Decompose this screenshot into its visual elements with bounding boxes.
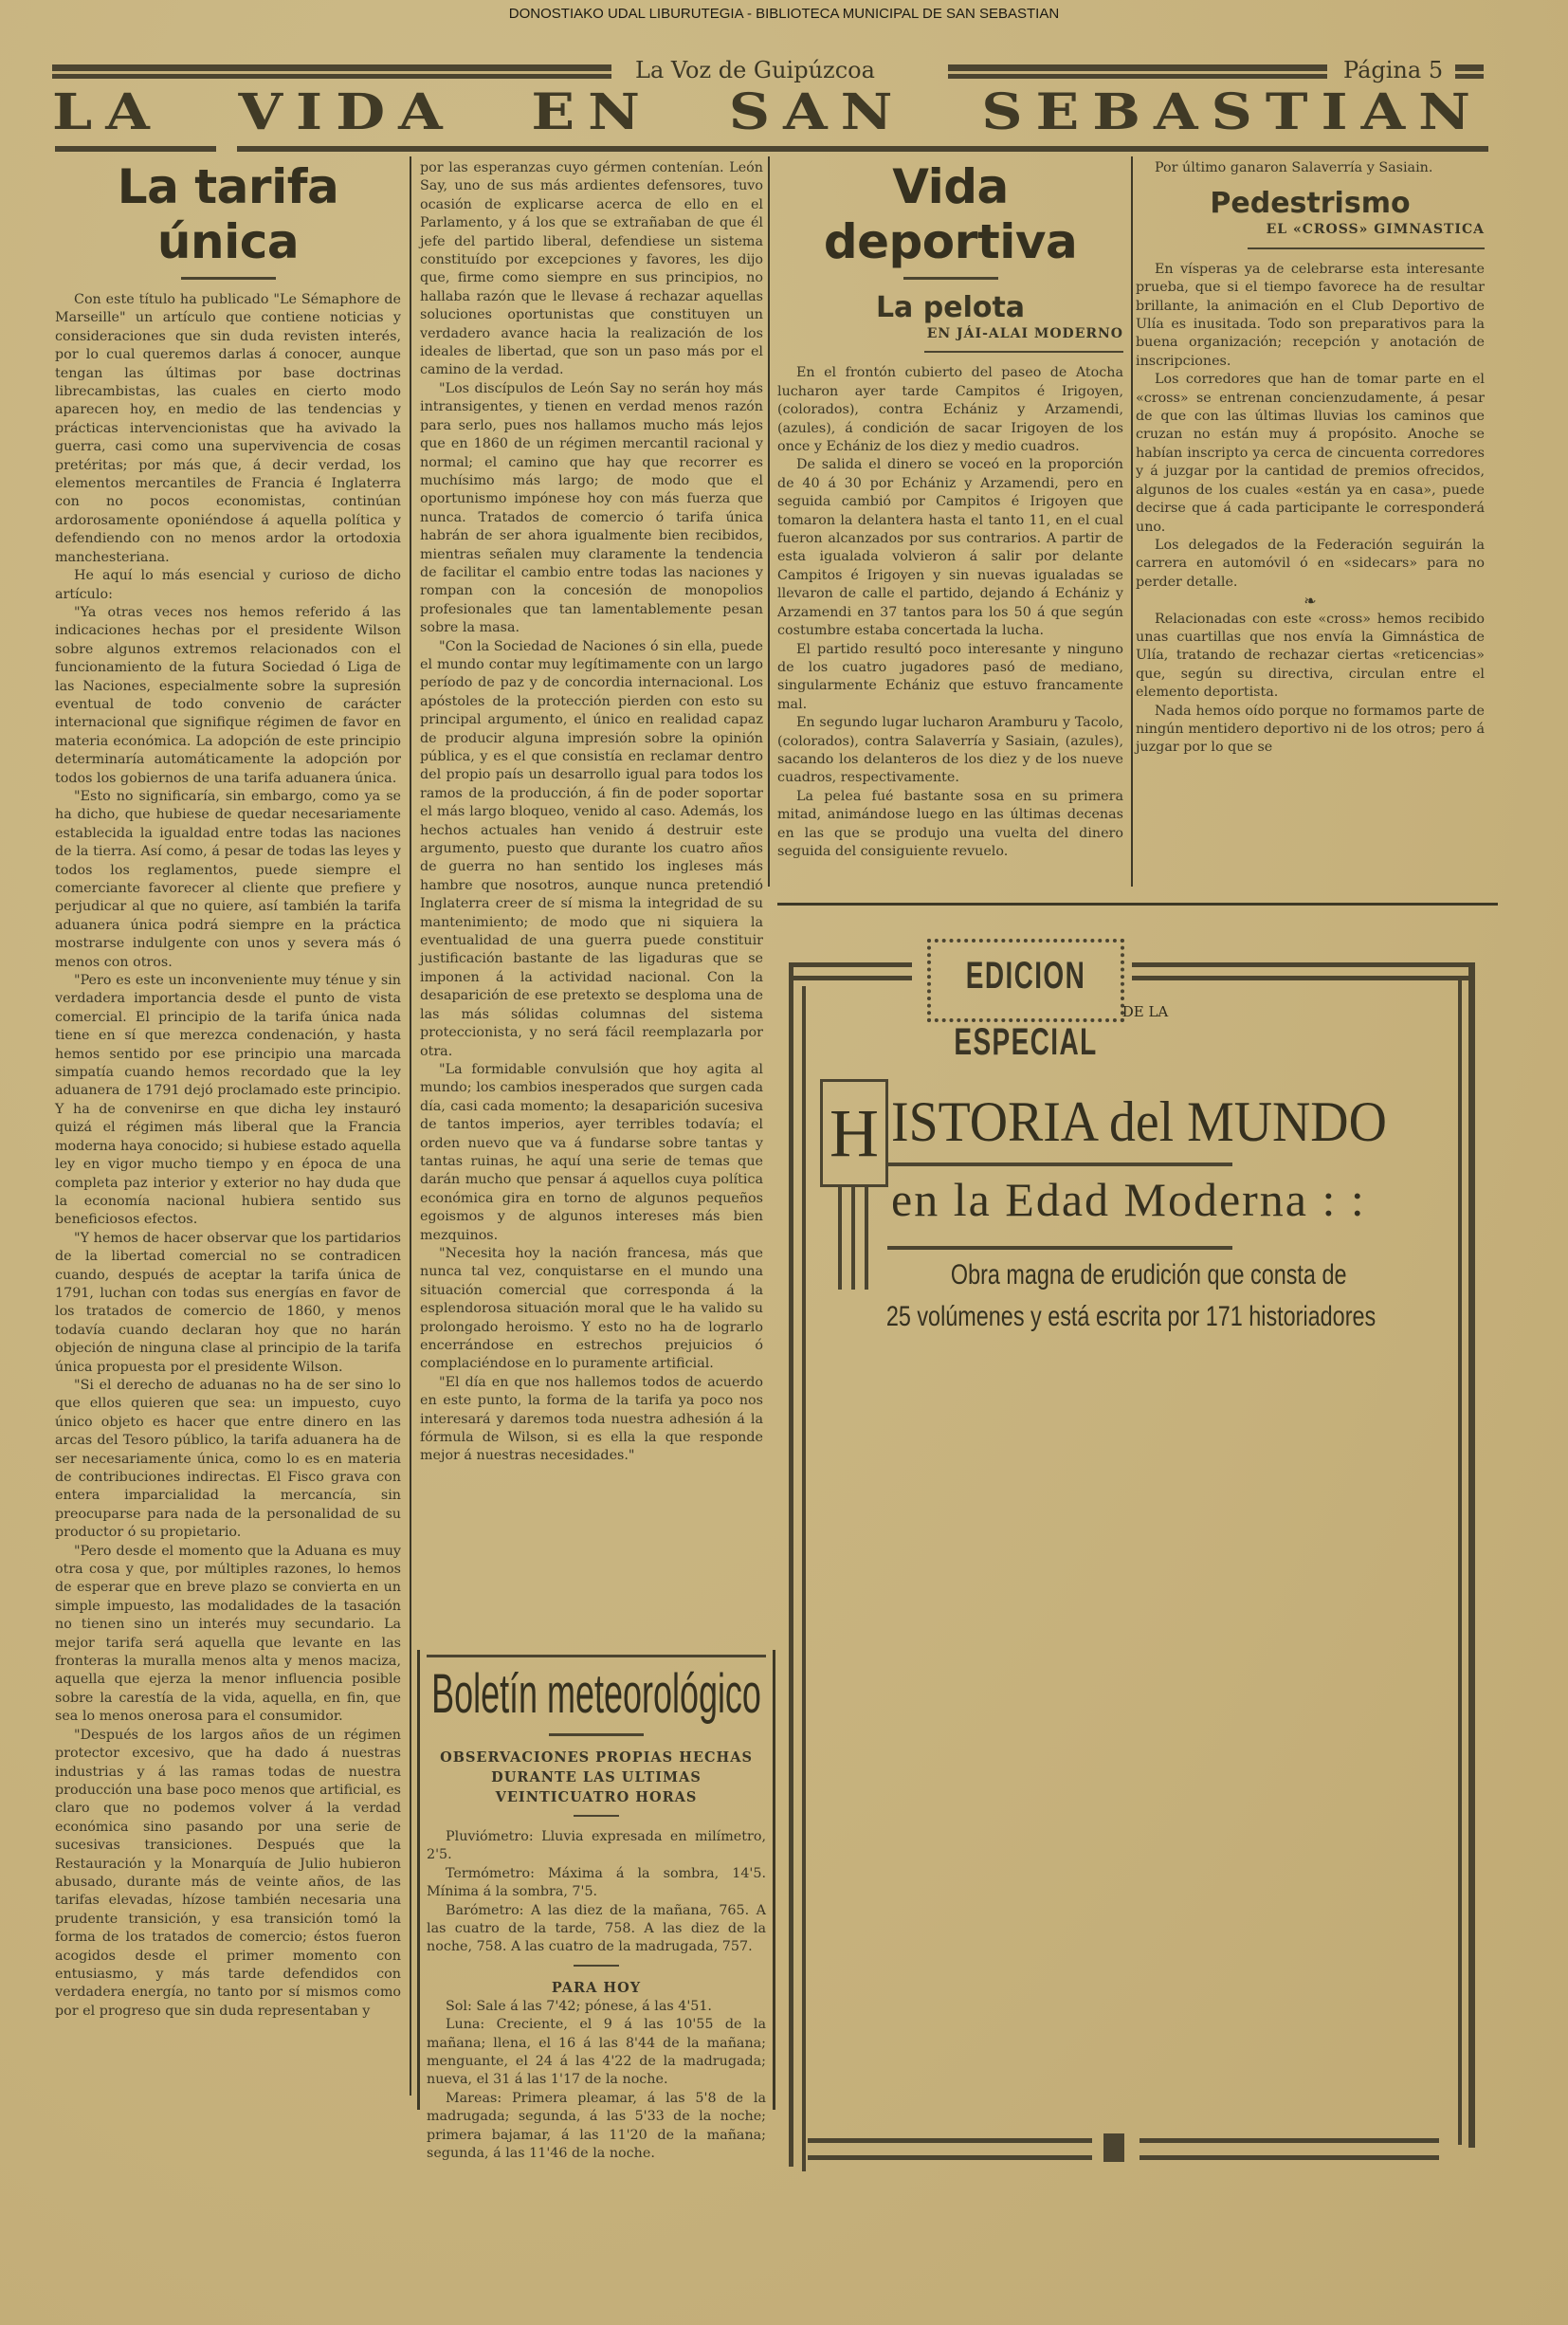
drop-cap-ornament [865, 1185, 868, 1290]
article-pedestrismo: Por último ganaron Salaverría y Sasiain.… [1136, 159, 1485, 758]
paragraph: "Después de los largos años de un régime… [55, 1727, 401, 2022]
paragraph: Relacionadas con este «cross» hemos reci… [1136, 611, 1485, 703]
article-vida-deportiva: Vida deportiva La pelota EN JÁI-ALAI MOD… [777, 159, 1123, 861]
boletin-subtitle: OBSERVACIONES PROPIAS HECHAS DURANTE LAS… [427, 1748, 766, 1807]
paragraph: Los delegados de la Federación seguirán … [1136, 537, 1485, 592]
drop-cap-ornament [851, 1185, 855, 1290]
ad-frame-ornament [1103, 2133, 1124, 2162]
mareas: Mareas: Primera pleamar, á las 5'8 de la… [427, 2090, 766, 2164]
title-underline [549, 1733, 644, 1736]
paragraph: La pelea fué bastante sosa en su primera… [777, 788, 1123, 862]
paragraph: Por último ganaron Salaverría y Sasiain. [1136, 159, 1485, 177]
subsection-title: Pedestrismo [1136, 187, 1485, 221]
article-tarifa-continued: por las esperanzas cuyo gérmen contenían… [420, 159, 763, 1466]
paragraph: Con este título ha publicado "Le Sémapho… [55, 291, 401, 567]
paragraph: "El día en que nos hallemos todos de acu… [420, 1374, 763, 1466]
boletin-frame-right [773, 1650, 775, 2110]
barometro: Barómetro: A las diez de la mañana, 765.… [427, 1902, 766, 1957]
column-divider [768, 156, 770, 887]
pluviometro: Pluviómetro: Lluvia expresada en milímet… [427, 1828, 766, 1865]
divider [924, 351, 1123, 353]
paragraph: "La formidable convulsión que hoy agita … [420, 1061, 763, 1245]
boletin-title: Boletín meteorológico [421, 1663, 773, 1726]
ad-frame [1132, 962, 1473, 967]
advertisement-historia-del-mundo: EDICION ESPECIAL DE LA H ISTORIA del MUN… [789, 910, 1502, 2181]
paragraph: "Esto no significaría, sin embargo, como… [55, 788, 401, 972]
ad-frame [1140, 2138, 1439, 2143]
divider [574, 1815, 619, 1817]
ad-frame [802, 986, 806, 2171]
paragraph: "Pero desde el momento que la Aduana es … [55, 1543, 401, 1727]
paragraph: En segundo lugar lucharon Aramburu y Tac… [777, 714, 1123, 788]
column-divider [410, 156, 411, 2096]
ad-subtitle: en la Edad Moderna : : [891, 1164, 1384, 1235]
paragraph: "Los discípulos de León Say no serán hoy… [420, 380, 763, 638]
paragraph: por las esperanzas cuyo gérmen contenían… [420, 159, 763, 380]
section-title: LA VIDA EN SAN SEBASTIAN [52, 87, 1484, 137]
ad-rule [887, 1246, 1232, 1250]
subsection-kicker: EN JÁI-ALAI MODERNO [777, 325, 1123, 343]
paragraph: En el frontón cubierto del paseo de Atoc… [777, 364, 1123, 456]
ad-line: Obra magna de erudición que consta de [884, 1259, 1414, 1291]
ad-frame [789, 962, 793, 2167]
ad-top-rule [777, 903, 1498, 906]
page-number: Página 5 [1343, 57, 1443, 83]
paragraph: "Y hemos de hacer observar que los parti… [55, 1230, 401, 1377]
drop-cap-ornament [838, 1185, 842, 1290]
title-underline [181, 277, 276, 280]
paragraph: "Si el derecho de aduanas no ha de ser s… [55, 1377, 401, 1543]
sol: Sol: Sale á las 7'42; pónese, á las 4'51… [427, 1998, 766, 2016]
ad-frame [1458, 979, 1462, 2145]
divider [1248, 247, 1485, 249]
ornament-icon: ❧ [1136, 592, 1485, 610]
title-underline [903, 277, 998, 280]
paragraph: Los corredores que han de tomar parte en… [1136, 371, 1485, 537]
drop-cap: H [820, 1079, 888, 1187]
newspaper-name: La Voz de Guipúzcoa [635, 57, 875, 83]
ad-frame [789, 962, 912, 967]
ad-frame [1468, 962, 1475, 2148]
paragraph: De salida el dinero se voceó en la propo… [777, 456, 1123, 640]
para-hoy-heading: PARA HOY [427, 1978, 766, 1998]
paragraph: "Necesita hoy la nación francesa, más qu… [420, 1245, 763, 1374]
paragraph: "Ya otras veces nos hemos referido á las… [55, 604, 401, 788]
boletin-top-rule [427, 1655, 766, 1657]
masthead-rule-left [52, 64, 611, 74]
ad-title: ISTORIA del MUNDO [891, 1079, 1350, 1164]
library-watermark: DONOSTIAKO UDAL LIBURUTEGIA - BIBLIOTECA… [0, 6, 1568, 22]
paragraph: Nada hemos oído porque no formamos parte… [1136, 703, 1485, 758]
boletin-meteorologico: Boletín meteorológico OBSERVACIONES PROP… [427, 1655, 766, 2164]
de-la: DE LA [789, 1003, 1502, 1020]
paragraph: En vísperas ya de celebrarse esta intere… [1136, 261, 1485, 371]
subsection-title: La pelota [777, 291, 1123, 325]
paragraph: "Con la Sociedad de Naciones ó sin ella,… [420, 638, 763, 1061]
ad-line: 25 volúmenes y está escrita por 171 hist… [817, 1301, 1424, 1333]
article-title: La tarifa única [55, 159, 401, 269]
paragraph: He aquí lo más esencial y curioso de dic… [55, 567, 401, 604]
paragraph: El partido resultó poco interesante y ni… [777, 641, 1123, 715]
termometro: Termómetro: Máxima á la sombra, 14'5. Mí… [427, 1865, 766, 1902]
ad-frame [808, 2138, 1092, 2143]
masthead-rule-middle [948, 64, 1327, 74]
masthead-rule-right [1455, 64, 1484, 74]
boletin-frame-left [417, 1650, 420, 2110]
article-tarifa-unica: La tarifa única Con este título ha publi… [55, 159, 401, 2021]
title-rule [55, 146, 216, 152]
divider [574, 1965, 619, 1967]
masthead: La Voz de Guipúzcoa Página 5 [52, 57, 1484, 85]
title-rule [237, 146, 1488, 152]
paragraph: "Pero es este un inconveniente muy ténue… [55, 972, 401, 1230]
luna: Luna: Creciente, el 9 á las 10'55 de la … [427, 2016, 766, 2090]
article-title: Vida deportiva [777, 159, 1123, 269]
column-divider [1131, 156, 1133, 887]
subsection-kicker: EL «CROSS» GIMNASTICA [1136, 221, 1485, 239]
